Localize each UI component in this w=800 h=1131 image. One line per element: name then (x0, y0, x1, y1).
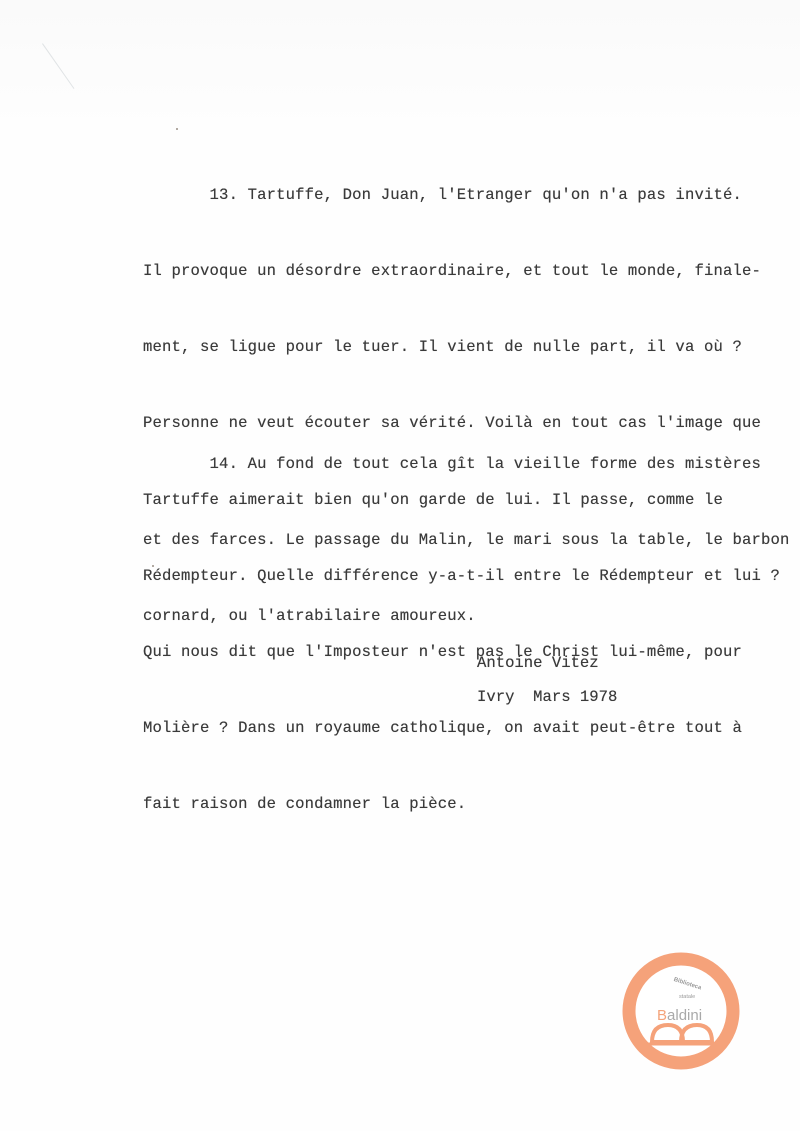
text-line: fait raison de condamner la pièce. (143, 792, 793, 817)
text-line: Molière ? Dans un royaume catholique, on… (143, 716, 793, 741)
stamp-line2: statale (679, 994, 695, 1000)
text-line: 13. Tartuffe, Don Juan, l'Etranger qu'on… (143, 183, 793, 208)
text-line: cornard, ou l'atrabilaire amoureux. (143, 604, 793, 629)
baldini-logo-icon: Biblioteca statale Baldini (621, 951, 741, 1071)
library-stamp-logo: Biblioteca statale Baldini (621, 951, 741, 1071)
text-line: ment, se ligue pour le tuer. Il vient de… (143, 335, 793, 360)
text-line: 14. Au fond de tout cela gît la vieille … (143, 452, 793, 477)
document-page: 13. Tartuffe, Don Juan, l'Etranger qu'on… (0, 0, 800, 1131)
text-line: et des farces. Le passage du Malin, le m… (143, 528, 793, 553)
signature-place-date: Ivry Mars 1978 (477, 688, 617, 706)
paragraph-14: 14. Au fond de tout cela gît la vieille … (143, 401, 793, 680)
signature-name: Antoine Vitez (477, 654, 599, 672)
text-line: Il provoque un désordre extraordinaire, … (143, 259, 793, 284)
paper-fold-mark (42, 26, 99, 89)
ink-speck (176, 128, 178, 130)
